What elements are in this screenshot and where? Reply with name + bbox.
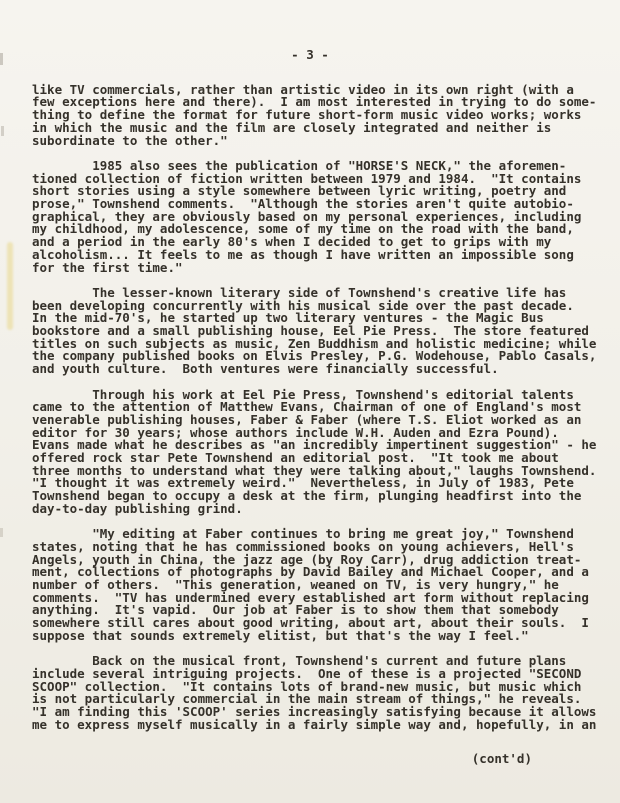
paragraph-video-commercials: like TV commercials, rather than artisti… xyxy=(32,84,620,148)
document-body: like TV commercials, rather than artisti… xyxy=(0,84,620,732)
paragraph-editing-at-faber: "My editing at Faber continues to bring … xyxy=(32,528,620,642)
continued-note: (cont'd) xyxy=(0,753,620,766)
paragraph-second-scoop: Back on the musical front, Townshend's c… xyxy=(32,655,620,731)
paragraph-horses-neck: 1985 also sees the publication of "HORSE… xyxy=(32,160,620,274)
paragraph-faber-and-faber: Through his work at Eel Pie Press, Towns… xyxy=(32,389,620,516)
document-page: - 3 - like TV commercials, rather than a… xyxy=(0,0,620,803)
page-number: - 3 - xyxy=(0,49,620,62)
paragraph-literary-ventures: The lesser-known literary side of Townsh… xyxy=(32,287,620,376)
